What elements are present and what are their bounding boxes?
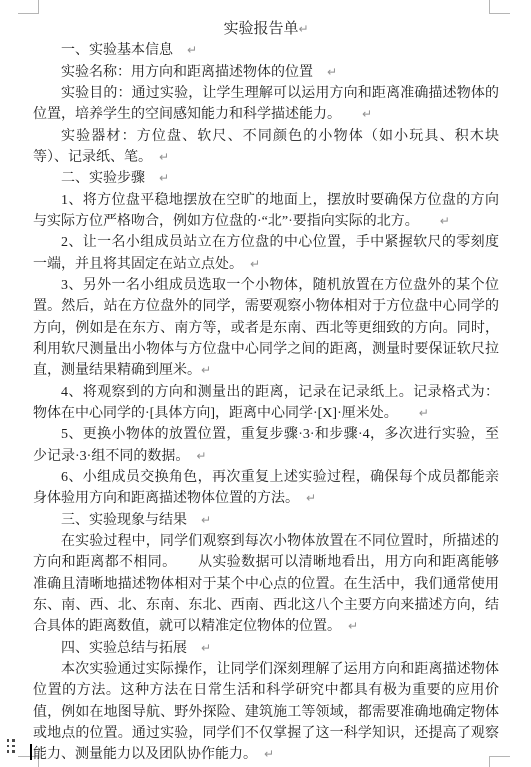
paragraph-mark-icon: ↵ (419, 406, 429, 420)
paragraph[interactable]: 2、让一名小组成员站立在方位盘的中心位置，手中紧握软尺的零刻度一端，并且将其固定… (33, 232, 499, 275)
paragraph-mark-icon: ↵ (159, 150, 169, 164)
paragraph[interactable]: 1、将方位盘平稳地摆放在空旷的地面上，摆放时要确保方位盘的方向与实际方位严格吻合… (33, 190, 499, 233)
paragraph[interactable]: 5、更换小物体的放置位置，重复步骤·3·和步骤·4，多次进行实验，至少记录·3·… (33, 424, 499, 467)
paragraph[interactable]: 一、实验基本信息 ↵ (33, 40, 499, 61)
paragraph-text: 实验名称：用方向和距离描述物体的位置 (61, 65, 327, 80)
paragraph-mark-icon: ↵ (201, 641, 211, 655)
paragraph-text: 1、将方位盘平稳地摆放在空旷的地面上，摆放时要确保方位盘的方向与实际方位严格吻合… (33, 193, 499, 229)
paragraph[interactable]: 三、实验现象与结果 ↵ (33, 510, 499, 531)
crop-mark-top-left (18, 0, 39, 14)
paragraph-text: 2、让一名小组成员站立在方位盘的中心位置，手中紧握软尺的零刻度一端，并且将其固定… (33, 235, 499, 271)
paragraph-text: 6、小组成员交换角色，再次重复上述实验过程，确保每个成员都能亲身体验用方向和距离… (33, 470, 499, 506)
paragraph[interactable]: 4、将观察到的方向和测量出的距离，记录在记录纸上。记录格式为：物体在中心同学的·… (33, 382, 499, 425)
paragraph-mark-icon: ↵ (298, 22, 308, 36)
paragraph-text: 实验器材：方位盘、软尺、不同颜色的小物体（如小玩具、积木块等）、记录纸、笔。 (33, 129, 499, 165)
paragraph-text: 三、实验现象与结果 (61, 513, 201, 528)
paragraph-mark-icon: ↵ (327, 65, 337, 79)
paragraph-mark-icon: ↵ (440, 214, 450, 228)
paragraph[interactable]: 在实验过程中，同学们观察到每次小物体放置在不同位置时，所描述的方向和距离都不相同… (33, 531, 499, 638)
paragraph[interactable]: 3、另外一名小组成员选取一个小物体，随机放置在方位盘外的某个位置。然后，站在方位… (33, 275, 499, 382)
crop-mark-top-right (489, 0, 510, 14)
paragraph-mark-icon: ↵ (348, 619, 358, 633)
paragraph-mark-icon: ↵ (264, 747, 274, 761)
document-title[interactable]: 实验报告单↵ (33, 19, 499, 40)
document-body[interactable]: 实验报告单↵ 一、实验基本信息 ↵实验名称：用方向和距离描述物体的位置 ↵实验目… (33, 19, 499, 765)
paragraph-mark-icon: ↵ (201, 513, 211, 527)
paragraph-text: 二、实验步骤 (61, 171, 159, 186)
paragraph[interactable]: 四、实验总结与拓展 ↵ (33, 638, 499, 659)
paragraph[interactable]: 实验目的：通过实验，让学生理解可以运用方向和距离准确描述物体的位置，培养学生的空… (33, 83, 499, 126)
paragraph-text: 5、更换小物体的放置位置，重复步骤·3·和步骤·4，多次进行实验，至少记录·3·… (33, 427, 499, 463)
paragraph-text: 3、另外一名小组成员选取一个小物体，随机放置在方位盘外的某个位置。然后，站在方位… (33, 278, 499, 378)
text-cursor (30, 744, 32, 760)
title-text: 实验报告单 (223, 21, 298, 37)
paragraph-mark-icon: ↵ (196, 449, 206, 463)
drag-handle-icon[interactable] (5, 738, 16, 754)
document-page: 实验报告单↵ 一、实验基本信息 ↵实验名称：用方向和距离描述物体的位置 ↵实验目… (0, 0, 531, 767)
paragraph-mark-icon: ↵ (187, 43, 197, 57)
paragraph-text: 在实验过程中，同学们观察到每次小物体放置在不同位置时，所描述的方向和距离都不相同… (33, 534, 499, 634)
paragraph-text: 四、实验总结与拓展 (61, 641, 201, 656)
paragraph[interactable]: 二、实验步骤 ↵ (33, 168, 499, 189)
paragraph[interactable]: 本次实验通过实际操作，让同学们深刻理解了运用方向和距离描述物体位置的方法。这种方… (33, 659, 499, 766)
paragraph-mark-icon: ↵ (306, 491, 316, 505)
paragraph-mark-icon: ↵ (159, 171, 169, 185)
paragraph-text: 一、实验基本信息 (61, 43, 187, 58)
paragraph[interactable]: 6、小组成员交换角色，再次重复上述实验过程，确保每个成员都能亲身体验用方向和距离… (33, 467, 499, 510)
paragraph-mark-icon: ↵ (250, 257, 260, 271)
paragraph[interactable]: 实验名称：用方向和距离描述物体的位置 ↵ (33, 62, 499, 83)
paragraph-mark-icon: ↵ (362, 107, 372, 121)
paragraph[interactable]: 实验器材：方位盘、软尺、不同颜色的小物体（如小玩具、积木块等）、记录纸、笔。 ↵ (33, 126, 499, 169)
paragraph-text: 实验目的：通过实验，让学生理解可以运用方向和距离准确描述物体的位置，培养学生的空… (33, 86, 499, 122)
paragraph-mark-icon: ↵ (201, 363, 211, 377)
paragraph-text: 4、将观察到的方向和测量出的距离，记录在记录纸上。记录格式为：物体在中心同学的·… (33, 385, 499, 421)
